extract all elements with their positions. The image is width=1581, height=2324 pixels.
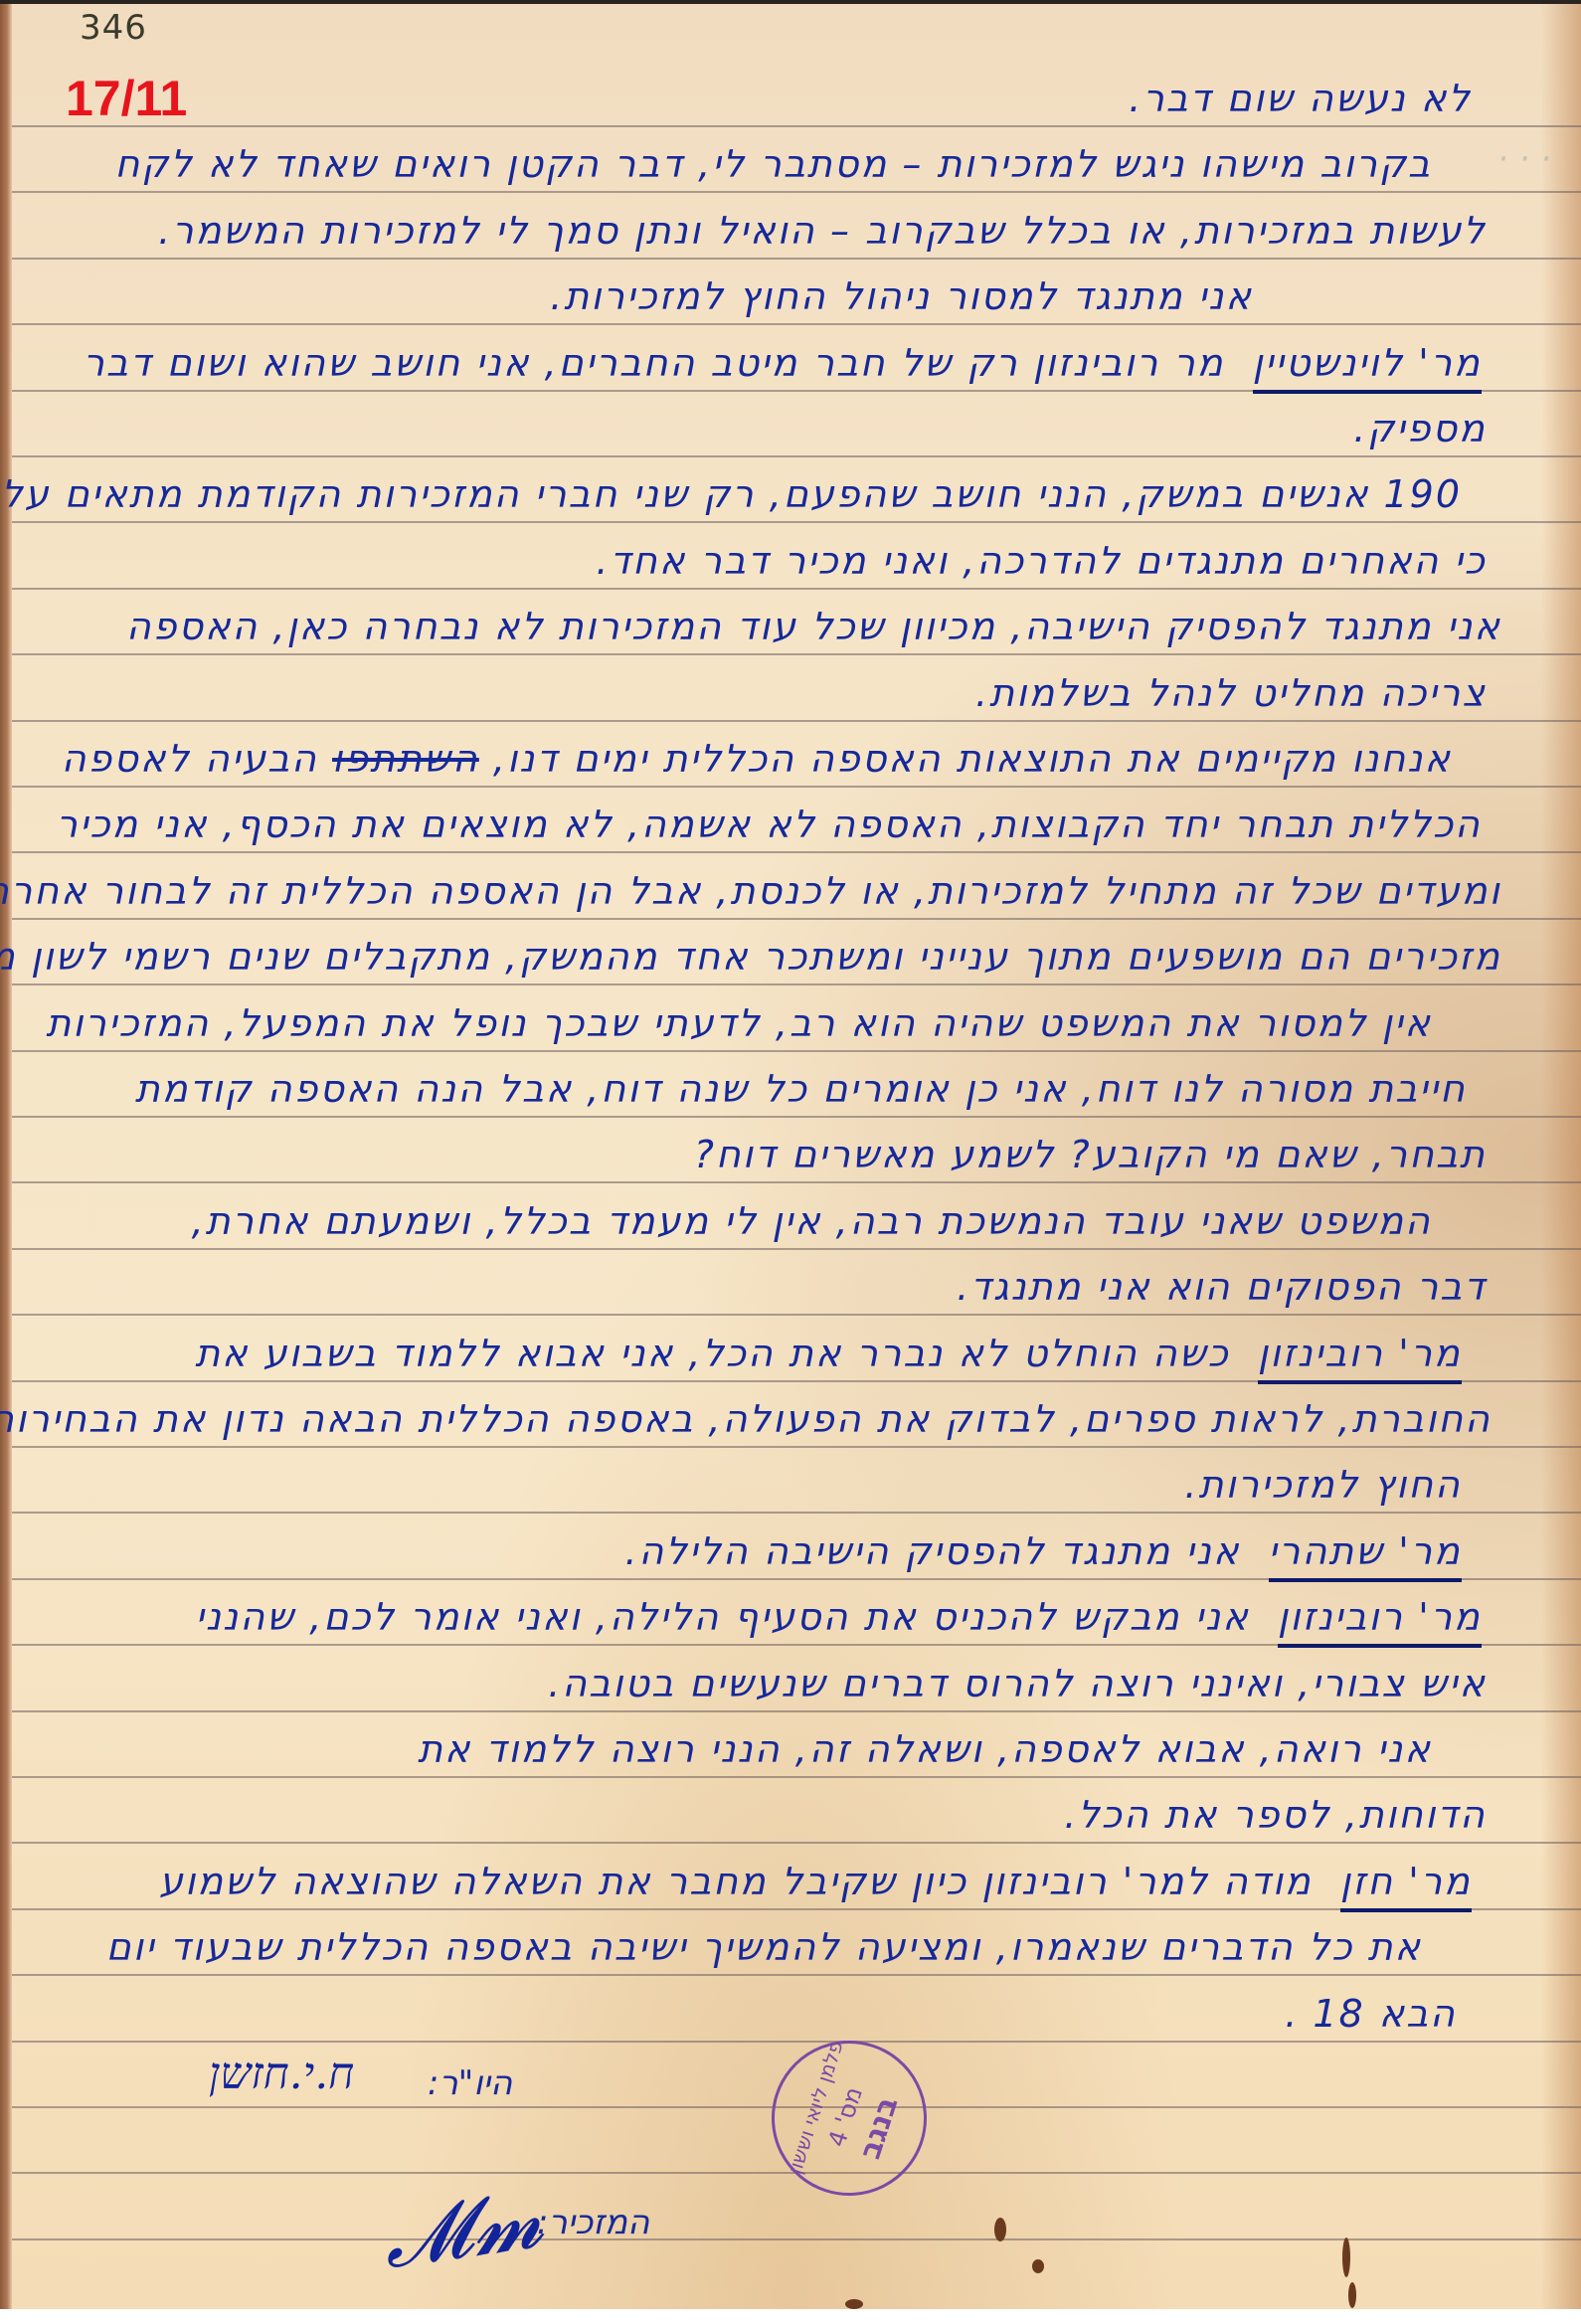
line-text: אנחנו מקיימים את התוצאות האספה הכללית ימ… xyxy=(479,737,1452,781)
speaker-line: מר' שתהריאני מתנגד להפסיק הישיבה הלילה. xyxy=(624,1526,1462,1582)
speaker-name: מר' רובינזון xyxy=(1258,1329,1462,1384)
minutes-line: אנחנו מקיימים את התוצאות האספה הכללית ימ… xyxy=(62,734,1452,784)
minutes-line: אני רואה, אבוא לאספה, ושאלה זה, הנני רוצ… xyxy=(418,1724,1432,1774)
minutes-line: כי האחרים מתנגדים להדרכה, ואני מכיר דבר … xyxy=(596,536,1487,586)
line-text: חייבת מסורה לנו דוח, אני כן אומרים כל שנ… xyxy=(135,1067,1467,1111)
minutes-line: אני מתנגד למסור ניהול החוץ למזכירות. xyxy=(550,271,1253,321)
speaker-line: מר' לוינשטייןמר רובינזון רק של חבר מיטב … xyxy=(83,338,1482,394)
minutes-line: 190 אנשים במשק, הנני חושב שהפעם, רק שני … xyxy=(0,469,1462,519)
minutes-line: המשפט שאני עובד הנמשכת רבה, אין לי מעמד … xyxy=(192,1196,1432,1246)
line-text: ומעדים שכל זה מתחיל למזכירות, או לכנסת, … xyxy=(0,869,1501,913)
minutes-line: דבר הפסוקים הוא אני מתנגד. xyxy=(957,1262,1487,1312)
minutes-line: החוץ למזכירות. xyxy=(1184,1460,1462,1510)
line-text: מר רובינזון רק של חבר מיטב החברים, אני ח… xyxy=(83,341,1224,385)
line-text: הכללית תבחר יחד הקבוצות, האספה לא אשמה, … xyxy=(57,803,1483,846)
minutes-line: לעשות במזכירות, או בכלל שבקרוב – הואיל ו… xyxy=(158,206,1487,256)
speaker-line: מר' רובינזוןאני מבקש להכניס את הסעיף הלי… xyxy=(195,1592,1482,1648)
line-text: אני מתנגד למסור ניהול החוץ למזכירות. xyxy=(550,274,1253,318)
chair-label: היו"ר: xyxy=(428,2063,512,2103)
line-text: הבעיה לאספה xyxy=(62,737,332,781)
minutes-line: תבחר, שאם מי הקובע? לשמע מאשרים דוח? xyxy=(694,1130,1487,1179)
ink-stain xyxy=(1342,2237,1350,2277)
line-text: הבא 18 . xyxy=(1285,1992,1457,2036)
line-text: אני מבקש להכניס את הסעיף הלילה, ואני אומ… xyxy=(195,1595,1249,1639)
chair-signature: ח.י.חזשן xyxy=(209,2049,354,2099)
speaker-line: מר' חזןמודה למר' רובינזון כיון שקיבל מחב… xyxy=(159,1857,1472,1912)
secretary-label: המזכיר: xyxy=(537,2203,649,2242)
ink-stain xyxy=(994,2218,1006,2241)
line-text: בקרוב מישהו ניגש למזכירות – מסתבר לי, דב… xyxy=(115,142,1432,186)
line-text: את כל הדברים שנאמרו, ומציעה להמשיך ישיבה… xyxy=(106,1925,1422,1969)
line-text: איש צבורי, ואינני רוצה להרוס דברים שנעשי… xyxy=(548,1662,1487,1705)
ink-stain xyxy=(1032,2259,1044,2273)
minutes-line: ומעדים שכל זה מתחיל למזכירות, או לכנסת, … xyxy=(0,866,1501,916)
line-text: אני רואה, אבוא לאספה, ושאלה זה, הנני רוצ… xyxy=(418,1727,1432,1771)
speaker-name: מר' לוינשטיין xyxy=(1253,338,1482,394)
struck-text: השתתפו xyxy=(332,737,479,781)
line-text: אין למסור את המשפט שהיה הוא רב, לדעתי שב… xyxy=(46,1001,1432,1045)
line-text: אני מתנגד להפסיק הישיבה, מכיוון שכל עוד … xyxy=(126,605,1501,648)
minutes-line: מזכירים הם מושפעים מתוך ענייני ומשתכר אח… xyxy=(0,932,1501,982)
minutes-line: הכללית תבחר יחד הקבוצות, האספה לא אשמה, … xyxy=(57,800,1483,849)
speaker-name: מר' חזן xyxy=(1340,1857,1472,1912)
line-text: מזכירים הם מושפעים מתוך ענייני ומשתכר אח… xyxy=(0,935,1501,979)
ink-stain xyxy=(1348,2282,1356,2308)
speaker-name: מר' רובינזון xyxy=(1278,1592,1482,1648)
line-text: תבחר, שאם מי הקובע? לשמע מאשרים דוח? xyxy=(694,1133,1487,1176)
line-text: צריכה מחליט לנהל בשלמות. xyxy=(975,671,1487,715)
minutes-line: אני מתנגד להפסיק הישיבה, מכיוון שכל עוד … xyxy=(126,602,1501,651)
line-text: דבר הפסוקים הוא אני מתנגד. xyxy=(957,1265,1487,1309)
minutes-line: לא נעשה שום דבר. xyxy=(1129,74,1472,123)
line-text: כשה הוחלט לא נברר את הכל, אני אבוא ללמוד… xyxy=(195,1332,1230,1375)
minutes-line: את כל הדברים שנאמרו, ומציעה להמשיך ישיבה… xyxy=(106,1922,1422,1972)
line-text: לעשות במזכירות, או בכלל שבקרוב – הואיל ו… xyxy=(158,209,1487,253)
speaker-name: מר' שתהרי xyxy=(1269,1526,1462,1582)
minutes-line: מספיק. xyxy=(1353,404,1487,453)
minutes-line: צריכה מחליט לנהל בשלמות. xyxy=(975,668,1487,718)
ink-stain xyxy=(845,2299,863,2309)
line-text: הדוחות, לספר את הכל. xyxy=(1064,1793,1487,1837)
line-text: מספיק. xyxy=(1353,407,1487,450)
line-text: לא נעשה שום דבר. xyxy=(1129,77,1472,120)
minutes-line: אין למסור את המשפט שהיה הוא רב, לדעתי שב… xyxy=(46,998,1432,1048)
minutes-line: בקרוב מישהו ניגש למזכירות – מסתבר לי, דב… xyxy=(115,139,1432,189)
speaker-line: מר' רובינזוןכשה הוחלט לא נברר את הכל, אנ… xyxy=(195,1329,1462,1384)
line-text: 190 אנשים במשק, הנני חושב שהפעם, רק שני … xyxy=(0,472,1462,516)
line-text: החוץ למזכירות. xyxy=(1184,1463,1462,1507)
minutes-line: חייבת מסורה לנו דוח, אני כן אומרים כל שנ… xyxy=(135,1064,1467,1114)
minutes-line: החוברת, לראות ספרים, לבדוק את הפעולה, בא… xyxy=(0,1394,1492,1444)
line-text: מודה למר' רובינזון כיון שקיבל מחבר את הש… xyxy=(159,1860,1313,1903)
minutes-body: לא נעשה שום דבר.בקרוב מישהו ניגש למזכירו… xyxy=(0,0,1581,2324)
line-text: כי האחרים מתנגדים להדרכה, ואני מכיר דבר … xyxy=(596,539,1487,583)
minutes-line: איש צבורי, ואינני רוצה להרוס דברים שנעשי… xyxy=(548,1659,1487,1708)
line-text: אני מתנגד להפסיק הישיבה הלילה. xyxy=(624,1529,1240,1573)
line-text: המשפט שאני עובד הנמשכת רבה, אין לי מעמד … xyxy=(192,1199,1432,1243)
minutes-line: הדוחות, לספר את הכל. xyxy=(1064,1790,1487,1840)
minutes-line: הבא 18 . xyxy=(1285,1989,1457,2039)
line-text: החוברת, לראות ספרים, לבדוק את הפעולה, בא… xyxy=(0,1397,1492,1441)
